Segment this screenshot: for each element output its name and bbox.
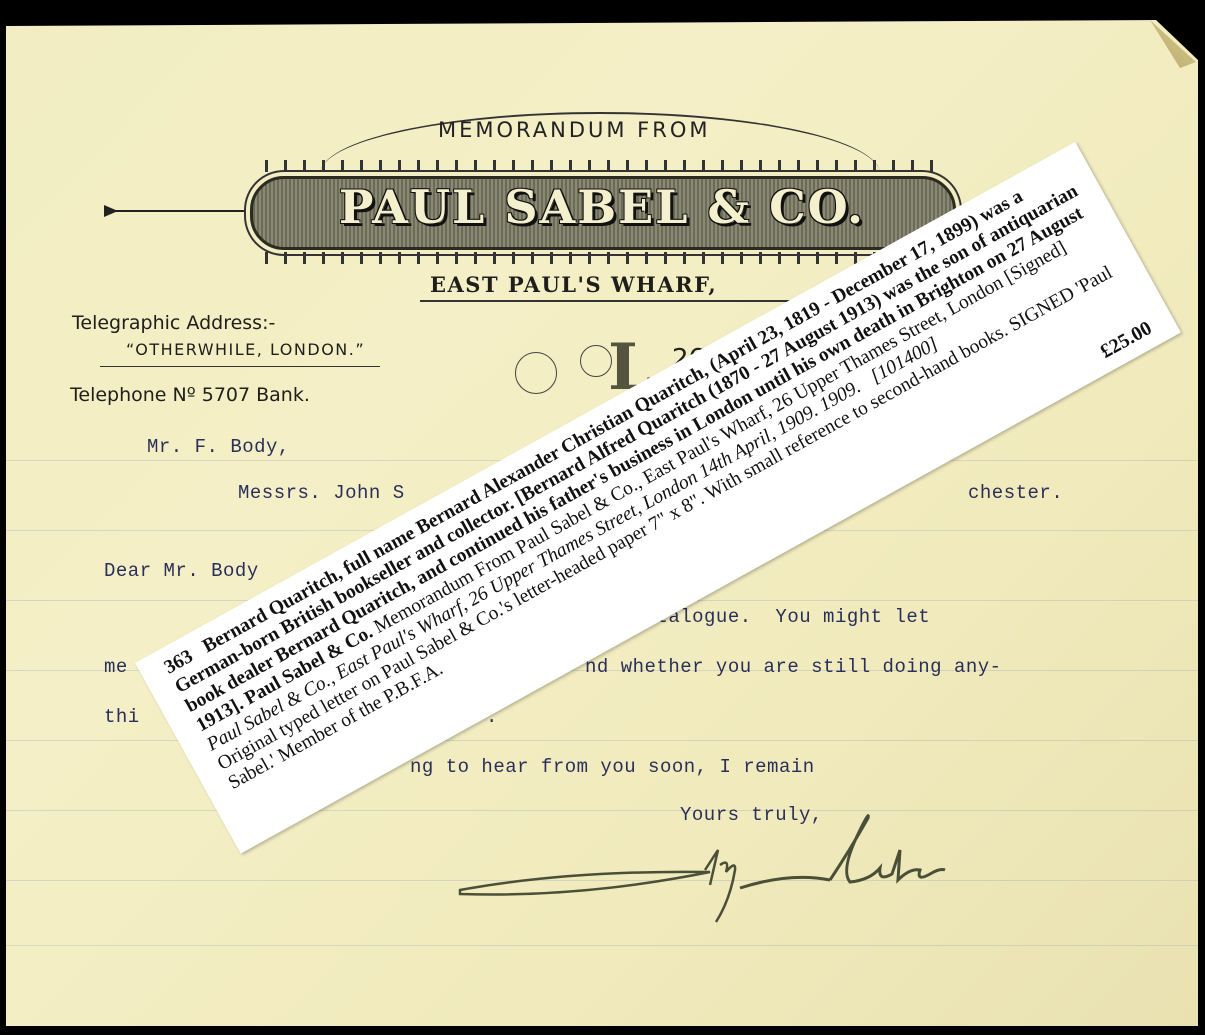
telegraph-rule	[100, 366, 380, 367]
ornament-ticks-top	[265, 160, 935, 172]
arrow-ornament-icon	[104, 210, 254, 212]
salutation: Dear Mr. Body	[104, 560, 259, 582]
body-line-3-start: thi	[104, 706, 140, 728]
body-line-2: nd whether you are still doing any-	[585, 656, 1002, 678]
telegraphic-address-label: Telegraphic Address:-	[72, 312, 275, 334]
body-line-2-start: me	[104, 656, 128, 678]
telegraphic-address-value: “OTHERWHILE, LONDON.”	[126, 340, 365, 359]
company-address: EAST PAUL'S WHARF,	[430, 272, 717, 297]
body-line-4: ng to hear from you soon, I remain	[410, 756, 815, 778]
handwritten-signature	[430, 810, 990, 950]
recipient-name: Mr. F. Body,	[147, 436, 290, 458]
memorandum-from-heading: MEMORANDUM FROM	[438, 118, 711, 142]
swirl-ornament-icon	[515, 352, 557, 394]
telephone-number: Telephone Nº 5707 Bank.	[70, 384, 310, 406]
recipient-firm: Messrs. John S	[238, 482, 405, 504]
ornament-ticks-bottom	[265, 252, 935, 264]
company-name: PAUL SABEL & CO.	[272, 180, 932, 234]
recipient-city: chester.	[968, 482, 1063, 504]
address-rule	[420, 300, 800, 302]
